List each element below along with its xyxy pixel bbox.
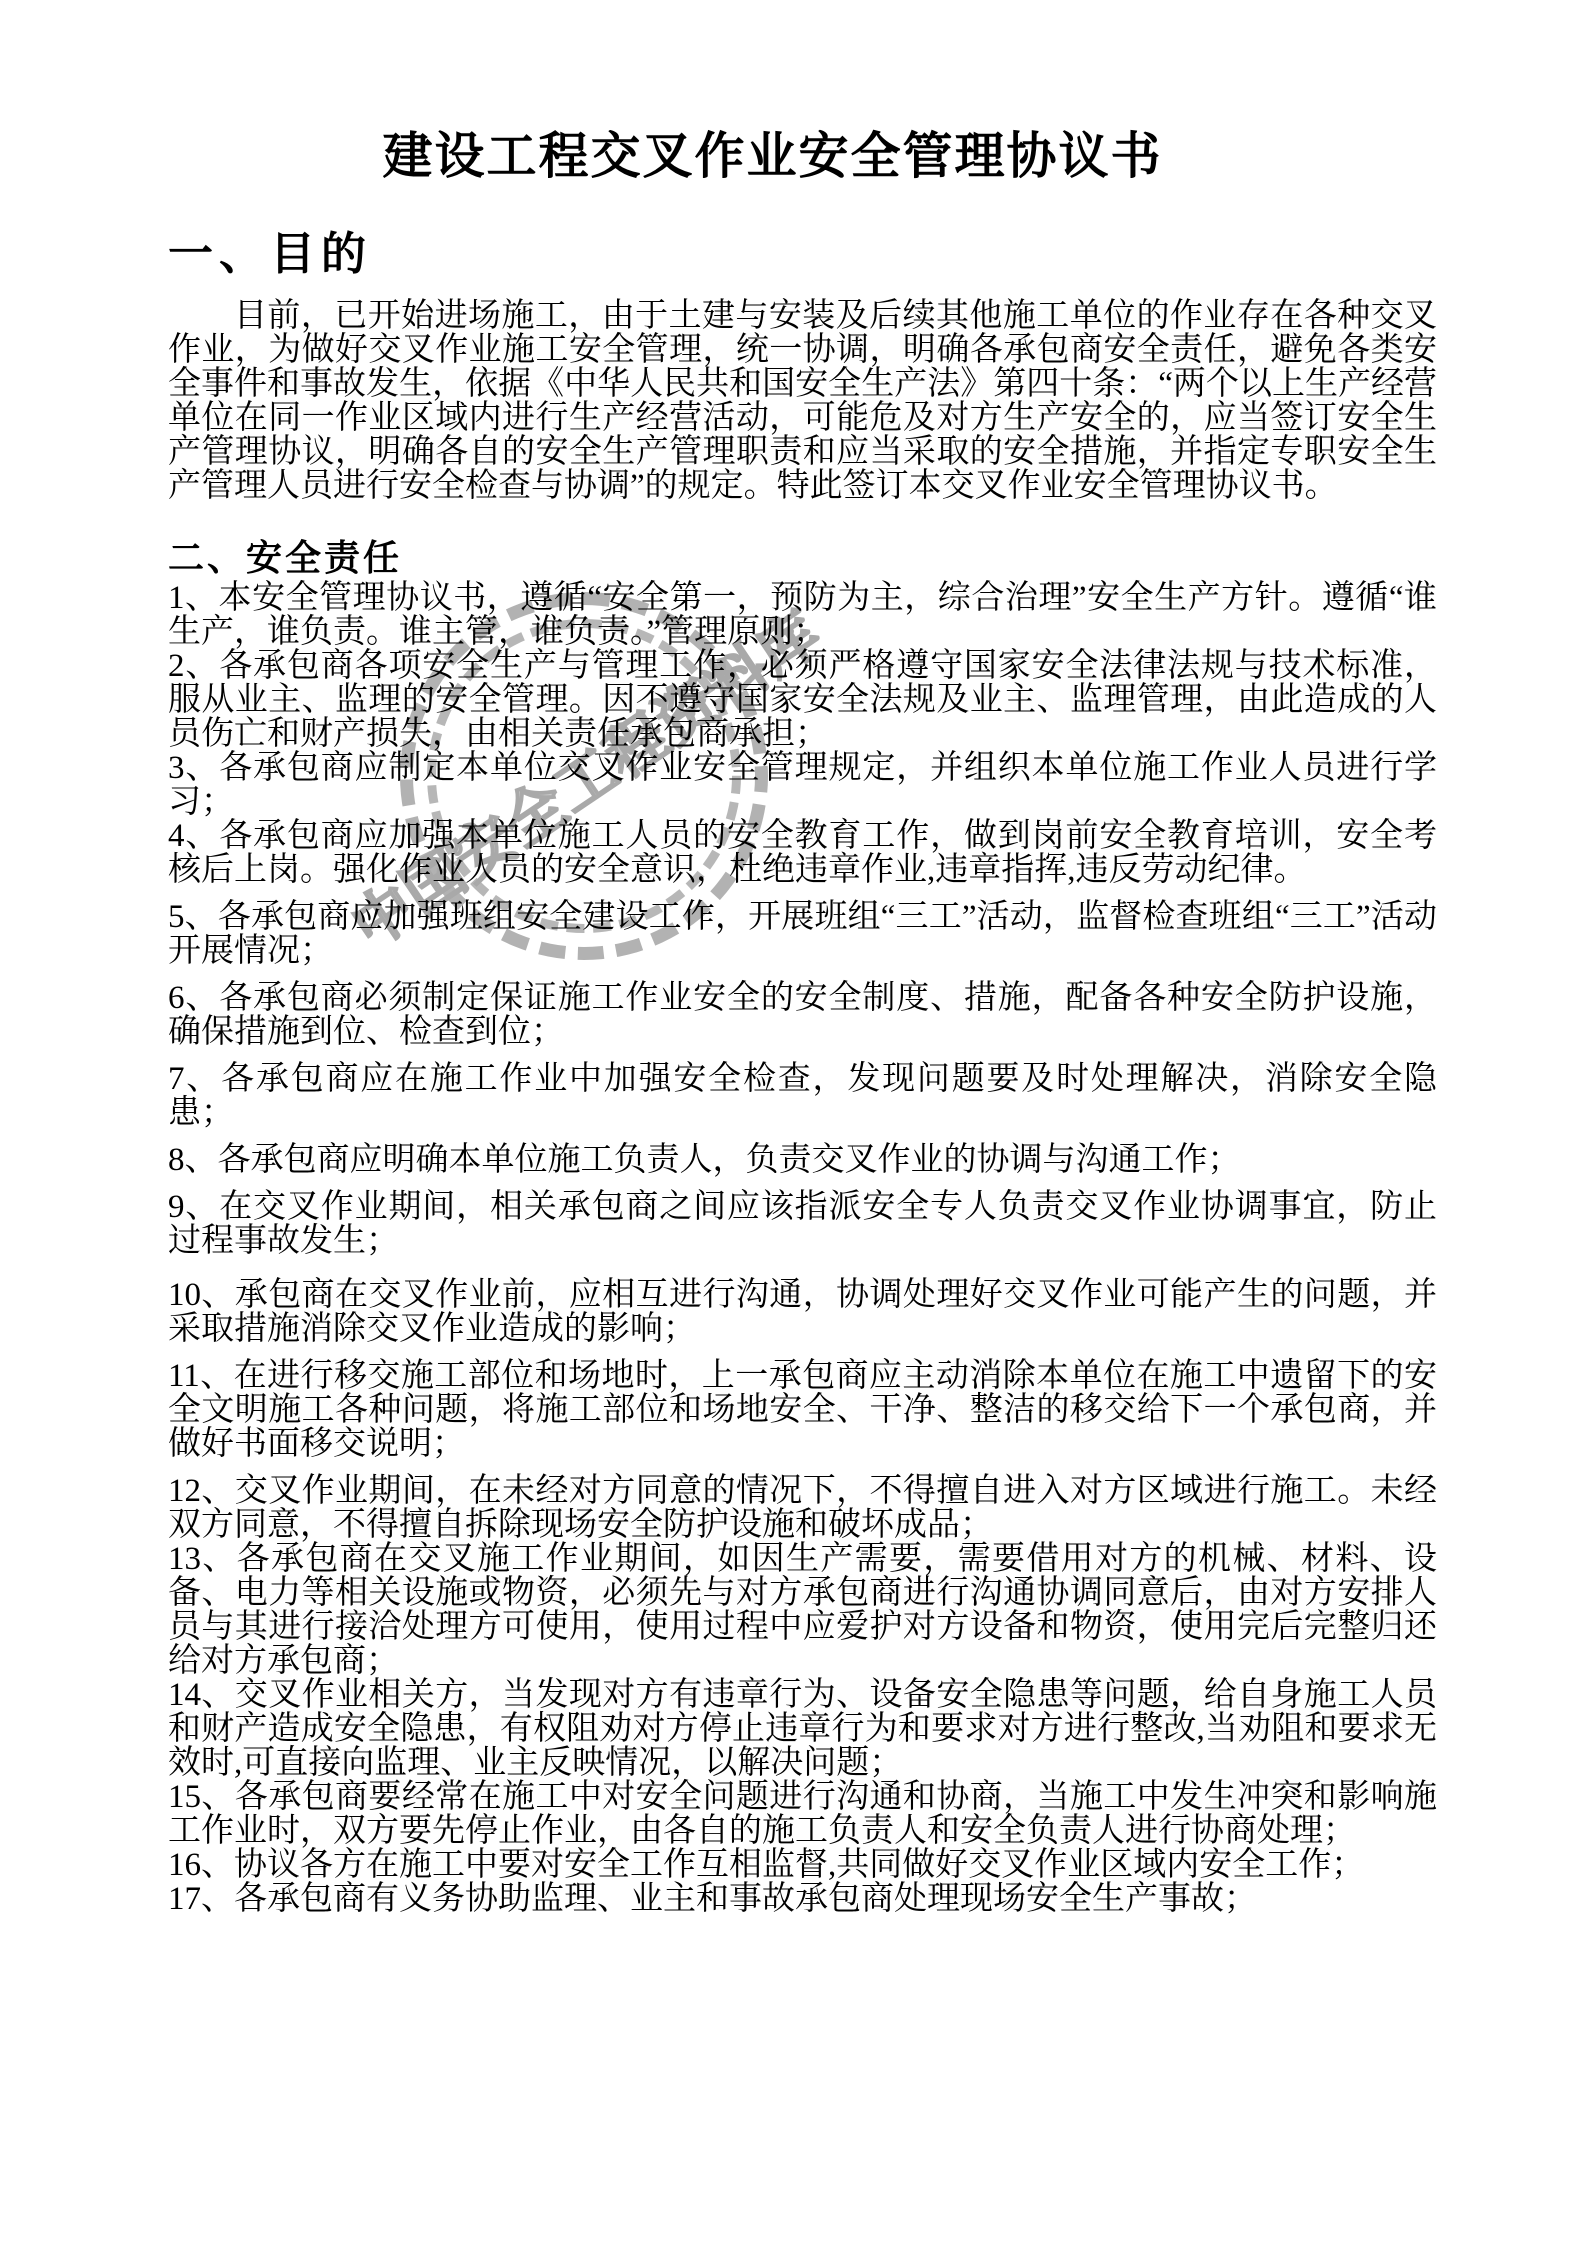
clause-4: 4、各承包商应加强本单位施工人员的安全教育工作，做到岗前安全教育培训，安全考核后…	[168, 819, 1437, 887]
section-purpose-heading: 一、目的	[168, 230, 1437, 280]
clause-17: 17、各承包商有义务协助监理、业主和事故承包商处理现场安全生产事故；	[168, 1882, 1437, 1916]
purpose-paragraph: 目前，已开始进场施工，由于土建与安装及后续其他施工单位的作业存在各种交叉作业，为…	[168, 299, 1437, 503]
clause-5: 5、各承包商应加强班组安全建设工作，开展班组“三工”活动，监督检查班组“三工”活…	[168, 900, 1437, 968]
document-page: 中国安全工程资料库 建设工程交叉作业安全管理协议书 一、目的 目前，已开始进场施…	[0, 0, 1587, 2245]
clause-14: 14、交叉作业相关方，当发现对方有违章行为、设备安全隐患等问题，给自身施工人员和…	[168, 1678, 1437, 1780]
document-body: 建设工程交叉作业安全管理协议书 一、目的 目前，已开始进场施工，由于土建与安装及…	[0, 0, 1587, 1916]
clause-13: 13、各承包商在交叉施工作业期间，如因生产需要，需要借用对方的机械、材料、设备、…	[168, 1542, 1437, 1678]
clause-1: 1、本安全管理协议书，遵循“安全第一，预防为主，综合治理”安全生产方针。遵循“谁…	[168, 581, 1437, 649]
clause-8: 8、各承包商应明确本单位施工负责人，负责交叉作业的协调与沟通工作；	[168, 1143, 1437, 1177]
clause-11: 11、在进行移交施工部位和场地时，上一承包商应主动消除本单位在施工中遗留下的安全…	[168, 1359, 1437, 1461]
clause-3: 3、各承包商应制定本单位交叉作业安全管理规定，并组织本单位施工作业人员进行学习；	[168, 751, 1437, 819]
clause-2: 2、各承包商各项安全生产与管理工作，必须严格遵守国家安全法律法规与技术标准，服从…	[168, 649, 1437, 751]
clause-10: 10、承包商在交叉作业前，应相互进行沟通，协调处理好交叉作业可能产生的问题，并采…	[168, 1278, 1437, 1346]
clause-16: 16、协议各方在施工中要对安全工作互相监督,共同做好交叉作业区域内安全工作；	[168, 1848, 1437, 1882]
clause-9: 9、在交叉作业期间，相关承包商之间应该指派安全专人负责交叉作业协调事宜，防止过程…	[168, 1190, 1437, 1258]
clause-12: 12、交叉作业期间，在未经对方同意的情况下，不得擅自进入对方区域进行施工。未经双…	[168, 1474, 1437, 1542]
clause-6: 6、各承包商必须制定保证施工作业安全的安全制度、措施，配备各种安全防护设施，确保…	[168, 981, 1437, 1049]
document-title: 建设工程交叉作业安全管理协议书	[168, 128, 1377, 186]
clause-15: 15、各承包商要经常在施工中对安全问题进行沟通和协商，当施工中发生冲突和影响施工…	[168, 1780, 1437, 1848]
clause-7: 7、各承包商应在施工作业中加强安全检查，发现问题要及时处理解决，消除安全隐患；	[168, 1062, 1437, 1130]
section-safety-heading: 二、安全责任	[168, 539, 1437, 579]
